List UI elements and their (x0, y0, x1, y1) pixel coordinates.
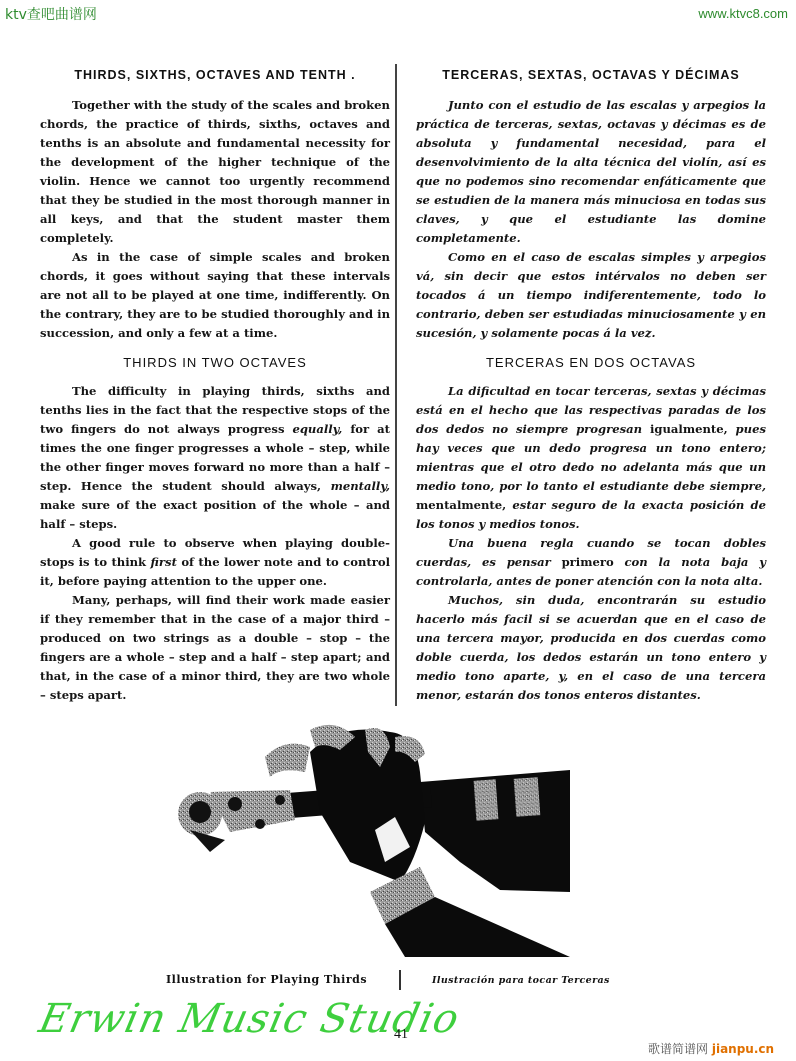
spanish-paragraph-1: Junto con el estudio de las escalas y ar… (416, 96, 766, 248)
figure-caption-spanish: Ilustración para tocar Terceras (432, 975, 610, 986)
roman-text: igualmente, (650, 422, 728, 436)
spanish-heading: TERCERAS, SEXTAS, OCTAVAS Y DÉCIMAS (416, 68, 766, 82)
spanish-paragraph-3: La dificultad en tocar terceras, sextas … (416, 382, 766, 534)
paragraph-text: Muchos, sin duda, encontrarán su estudio… (416, 593, 766, 702)
english-heading: THIRDS, SIXTHS, OCTAVES AND TENTH . (40, 68, 390, 82)
emphasis-text: equally, (292, 422, 342, 436)
paragraph-text: Together with the study of the scales an… (40, 98, 390, 245)
site-watermark-top-left: ktv查吧曲谱网 (5, 4, 97, 24)
figure-caption-english: Illustration for Playing Thirds (166, 973, 367, 986)
paragraph-text: As in the case of simple scales and brok… (40, 250, 390, 340)
page-number: 41 (394, 1027, 408, 1043)
spanish-subheading: TERCERAS EN DOS OCTAVAS (416, 355, 766, 370)
paragraph-text: Junto con el estudio de las escalas y ar… (416, 98, 766, 245)
paragraph-text: Many, perhaps, will find their work made… (40, 593, 390, 702)
paragraph-text: make sure of the exact position of the w… (40, 498, 390, 531)
english-column: THIRDS, SIXTHS, OCTAVES AND TENTH . Toge… (40, 68, 390, 705)
emphasis-text: mentally, (331, 479, 390, 493)
violin-hand-photo (170, 712, 570, 957)
english-paragraph-5: Many, perhaps, will find their work made… (40, 591, 390, 705)
paragraph-text: Como en el caso de escalas simples y arp… (416, 250, 766, 340)
watermark-brand-text: jianpu.cn (712, 1042, 774, 1056)
roman-text: primero (562, 555, 614, 569)
caption-separator (399, 970, 401, 990)
site-watermark-bottom-right: 歌谱简谱网 jianpu.cn (648, 1040, 774, 1057)
english-paragraph-2: As in the case of simple scales and brok… (40, 248, 390, 343)
spanish-paragraph-5: Muchos, sin duda, encontrarán su estudio… (416, 591, 766, 705)
violin-hand-illustration (170, 712, 570, 957)
spanish-paragraph-2: Como en el caso de escalas simples y arp… (416, 248, 766, 343)
english-subheading: THIRDS IN TWO OCTAVES (40, 355, 390, 370)
emphasis-text: first (151, 555, 177, 569)
roman-text: mentalmente, (416, 498, 506, 512)
spanish-column: TERCERAS, SEXTAS, OCTAVAS Y DÉCIMAS Junt… (416, 68, 766, 705)
column-divider (395, 64, 397, 706)
english-paragraph-1: Together with the study of the scales an… (40, 96, 390, 248)
site-watermark-url: www.ktvc8.com (698, 6, 788, 21)
watermark-cn-text: 歌谱简谱网 (648, 1042, 708, 1056)
spanish-paragraph-4: Una buena regla cuando se tocan dobles c… (416, 534, 766, 591)
english-paragraph-3: The difficulty in playing thirds, sixths… (40, 382, 390, 534)
english-paragraph-4: A good rule to observe when playing doub… (40, 534, 390, 591)
